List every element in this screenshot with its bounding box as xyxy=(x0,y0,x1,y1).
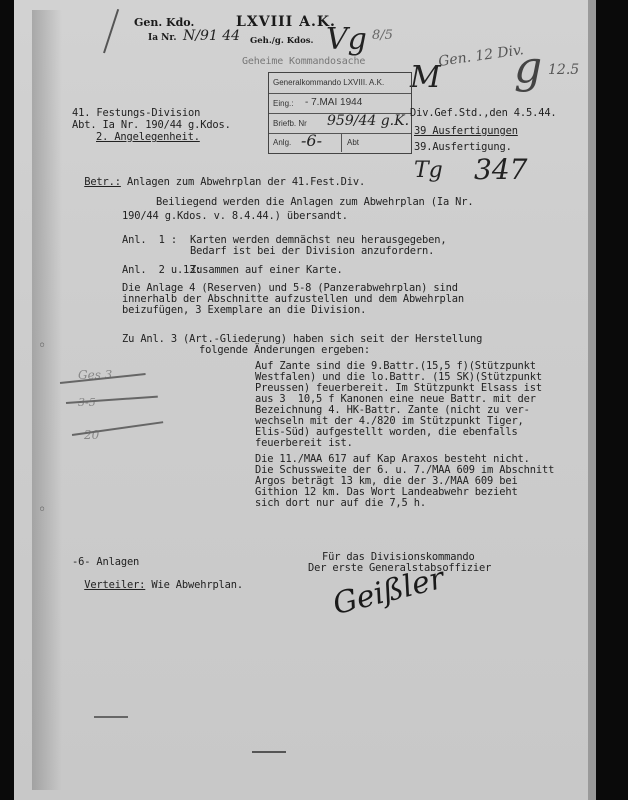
ref-label: Ia Nr. xyxy=(148,33,176,43)
handwritten-mark: M xyxy=(410,60,441,95)
secret-stamp: Geheime Kommandosache xyxy=(242,56,365,68)
stamp-letter-label: Briefb. Nr xyxy=(273,119,307,128)
distribution-line: Verteiler: Wie Abwehrplan. xyxy=(72,567,243,591)
para2-line-5: sich dort nur auf die 7,5 h. xyxy=(255,497,426,509)
stamp-dept-label: Abt xyxy=(347,138,359,147)
handwritten-tg: Tg xyxy=(414,158,443,183)
stamp-attachments-label: Anlg. xyxy=(273,138,291,147)
sender-ref: Abt. Ia Nr. 190/44 g.Kdos. xyxy=(72,119,231,131)
page-edge xyxy=(588,0,596,800)
handwritten-number: 347 xyxy=(474,153,527,186)
corps-label: LXVIII A.K. xyxy=(236,14,336,30)
sender-division: 41. Festungs-Division xyxy=(72,107,200,119)
anl3-line-2: folgende Änderungen ergeben: xyxy=(199,344,370,356)
stamp-attachments-value: -6- xyxy=(301,131,322,150)
handwritten-g: g xyxy=(514,42,542,93)
stamp-received-date: - 7.MAI 1944 xyxy=(305,97,362,108)
anl1-label: Anl. 1 : xyxy=(122,234,177,246)
speck xyxy=(94,716,128,718)
margin-dot: ◦ xyxy=(38,502,46,518)
receipt-stamp: Generalkommando LXVIII. A.K. Eing.: - 7.… xyxy=(268,72,412,154)
distribution-label: Verteiler: xyxy=(84,579,145,591)
stamp-received-label: Eing.: xyxy=(273,99,293,108)
margin-note-2: 3-5 xyxy=(78,396,96,409)
margin-dot: ◦ xyxy=(38,338,46,354)
stamp-title: Generalkommando LXVIII. A.K. xyxy=(273,78,384,87)
handwritten-date-right: 12.5 xyxy=(548,62,579,78)
sender-matter: 2. Angelegenheit. xyxy=(72,131,200,143)
subject-text: Anlagen zum Abwehrplan der 41.Fest.Div. xyxy=(121,176,365,188)
handwritten-initials: Vg xyxy=(326,22,367,57)
stamp-letter-number: 959/44 g.K. xyxy=(327,113,409,129)
speck xyxy=(252,751,286,753)
intro-line-2: 190/44 g.Kdos. v. 8.4.44.) übersandt. xyxy=(122,210,348,222)
anl2-text: Zusammen auf einer Karte. xyxy=(190,264,343,276)
para1-line-8: feuerbereit ist. xyxy=(255,437,353,449)
copies-total: 39 Ausfertigungen xyxy=(414,125,518,137)
subject-label: Betr.: xyxy=(84,176,121,188)
ref-handwritten: N/91 44 xyxy=(183,28,240,44)
distribution-text: Wie Abwehrplan. xyxy=(145,579,243,591)
anl4-line-3: beizufügen, 3 Exemplare an die Division. xyxy=(122,304,366,316)
intro-line-1: Beiliegend werden die Anlagen zum Abwehr… xyxy=(156,196,474,208)
handwritten-date-top: 8/5 xyxy=(372,28,393,43)
copy-number: 39.Ausfertigung. xyxy=(414,141,512,153)
anl1-line-2: Bedarf ist bei der Division anzufordern. xyxy=(190,245,434,257)
subject-line: Betr.: Anlagen zum Abwehrplan der 41.Fes… xyxy=(72,164,365,188)
place-date: Div.Gef.Std.,den 4.5.44. xyxy=(410,107,557,119)
classification-label: Geh./g. Kdos. xyxy=(250,36,314,46)
